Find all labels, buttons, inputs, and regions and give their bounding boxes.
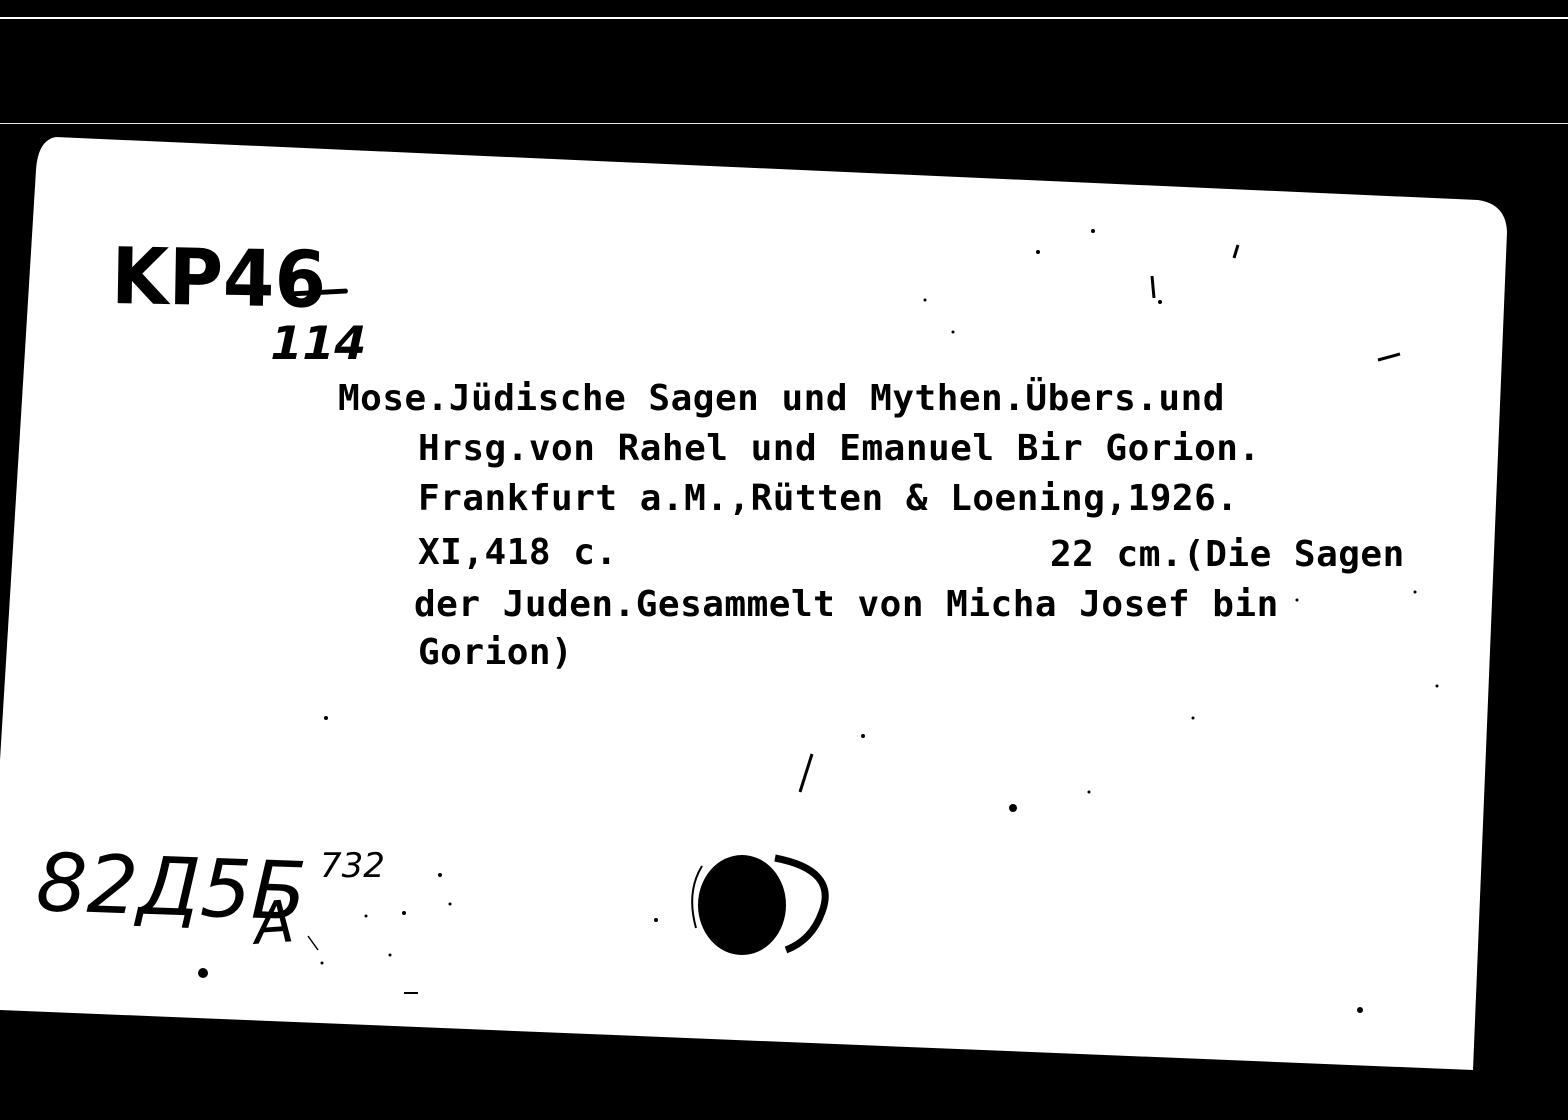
entry-size-series-start: 22 cm.(Die Sagen <box>1050 534 1405 575</box>
entry-pagination: XI,418 c. <box>418 532 618 573</box>
inventory-suffix-handwritten: 732 <box>320 846 385 886</box>
entry-line-2: Hrsg.von Rahel und Emanuel Bir Gorion. <box>418 428 1261 469</box>
entry-series-line: der Juden.Gesammelt von Micha Josef bin <box>414 584 1279 625</box>
call-number-subnumber: 114 <box>265 316 373 370</box>
inventory-letter-handwritten: А <box>252 887 296 958</box>
entry-line-1: Mose.Jüdische Sagen und Mythen.Übers.und <box>338 378 1225 419</box>
entry-series-end: Gorion) <box>418 632 573 673</box>
entry-line-3: Frankfurt a.M.,Rütten & Loening,1926. <box>418 478 1238 519</box>
call-number-handwritten: KP46 <box>111 232 327 326</box>
